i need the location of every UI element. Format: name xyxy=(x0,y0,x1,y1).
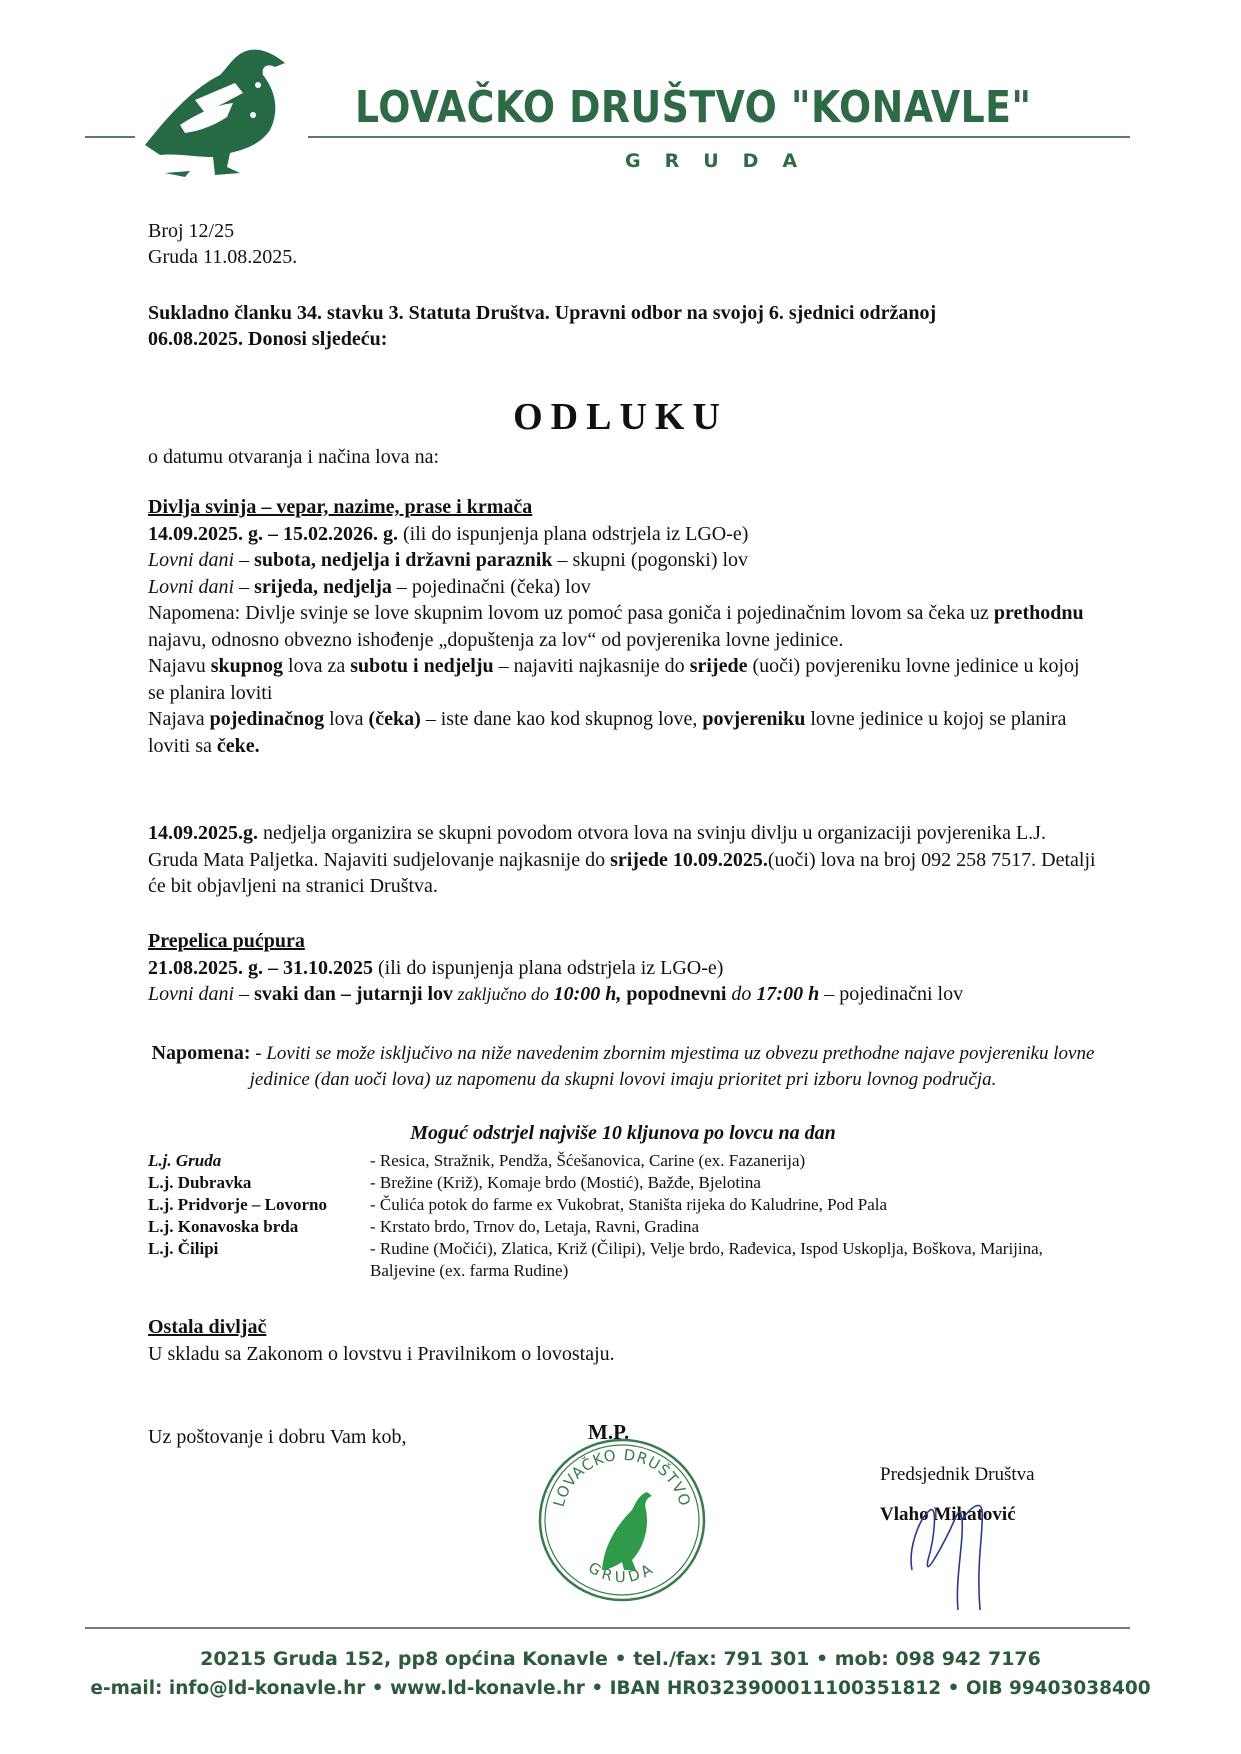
footer-rule xyxy=(85,1627,1130,1629)
hunting-unit-places: - Krstato brdo, Trnov do, Letaja, Ravni,… xyxy=(370,1216,1090,1238)
hunting-unit-name: L.j. Gruda xyxy=(148,1150,370,1172)
t: lova xyxy=(324,708,368,730)
t: popodnevni xyxy=(621,983,726,1005)
place-date: Gruda 11.08.2025. xyxy=(148,244,297,270)
t: subotu i nedjelju xyxy=(350,655,493,677)
other-game-text: U skladu sa Zakonom o lovstvu i Pravilni… xyxy=(148,1341,1098,1368)
header-rule xyxy=(308,136,1130,138)
official-stamp-icon: LOVAČKO DRUŠTVO GRUDA xyxy=(532,1420,712,1605)
organization-name: LOVAČKO DRUŠTVO "KONAVLE" xyxy=(355,82,1032,133)
boar-dates: 14.09.2025. g. – 15.02.2026. g. (ili do … xyxy=(148,521,1098,548)
quail-limit: Moguć odstrjel najviše 10 kljunova po lo… xyxy=(148,1120,1098,1146)
t: lova za xyxy=(283,655,350,677)
t: Lovni dani xyxy=(148,983,234,1005)
quail-note: Napomena: - Loviti se može isključivo na… xyxy=(148,1040,1098,1093)
t: Najavu xyxy=(148,655,211,677)
boar-dates-range: 14.09.2025. g. – 15.02.2026. g. xyxy=(148,523,398,545)
boar-note: Napomena: Divlje svinje se love skupnim … xyxy=(148,600,1098,653)
organization-place: GRUDA xyxy=(625,150,821,172)
svg-text:LOVAČKO DRUŠTVO: LOVAČKO DRUŠTVO xyxy=(550,1446,695,1509)
hunting-unit-places: - Brežine (Križ), Komaje brdo (Mostić), … xyxy=(370,1172,1090,1194)
seal-label: M.P. xyxy=(588,1420,629,1445)
t: – iste dane kao kod skupnog love, xyxy=(421,708,703,730)
t: – pojedinačni lov xyxy=(819,983,963,1005)
days: srijeda, nedjelja xyxy=(254,576,392,598)
hunting-unit-places: - Čulića potok do farme ex Vukobrat, Sta… xyxy=(370,1194,1090,1216)
header-rule-left xyxy=(85,136,135,138)
t: Najava xyxy=(148,708,210,730)
hunting-unit-name: L.j. Pridvorje – Lovorno xyxy=(148,1194,370,1216)
hunting-unit-name: L.j. Čilipi xyxy=(148,1238,370,1282)
t: do xyxy=(726,983,756,1005)
t: 17:00 h xyxy=(756,983,819,1005)
quail-days: Lovni dani – svaki dan – jutarnji lov za… xyxy=(148,981,1098,1008)
boar-heading: Divlja svinja – vepar, nazime, prase i k… xyxy=(148,494,1098,521)
t: srijede xyxy=(690,655,748,677)
boar-days-group: Lovni dani – subota, nedjelja i državni … xyxy=(148,547,1098,574)
type: – skupni (pogonski) lov xyxy=(552,549,748,571)
t: srijede xyxy=(610,849,668,871)
t: - xyxy=(250,1043,266,1064)
t: zaključno do xyxy=(453,984,554,1004)
t: svaki dan – jutarnji lov xyxy=(254,983,453,1005)
boar-days-single: Lovni dani – srijeda, nedjelja – pojedin… xyxy=(148,574,1098,601)
quail-heading: Prepelica pućpura xyxy=(148,928,1098,955)
quail-section: Prepelica pućpura 21.08.2025. g. – 31.10… xyxy=(148,928,1098,1008)
other-game-section: Ostala divljač U skladu sa Zakonom o lov… xyxy=(148,1314,1098,1367)
t: (čeka) xyxy=(369,708,421,730)
hunting-unit-name: L.j. Dubravka xyxy=(148,1172,370,1194)
footer-address: 20215 Gruda 152, pp8 općina Konavle • te… xyxy=(0,1648,1241,1670)
preamble-line-2: 06.08.2025. Donosi sljedeću: xyxy=(148,326,387,352)
signature-icon xyxy=(900,1500,1010,1615)
t: Loviti se može isključivo na niže navede… xyxy=(250,1043,1095,1090)
svg-text:GRUDA: GRUDA xyxy=(585,1558,659,1586)
t: (ili do ispunjenja plana odstrjela iz LG… xyxy=(373,957,723,979)
boar-section: Divlja svinja – vepar, nazime, prase i k… xyxy=(148,494,1098,759)
t: prethodnu xyxy=(994,602,1084,624)
t: 14.09.2025.g. xyxy=(148,822,258,844)
hunting-unit-places: - Resica, Stražnik, Pendža, Šćešanovica,… xyxy=(370,1150,1090,1172)
label: Lovni dani xyxy=(148,549,234,571)
sep: – xyxy=(234,576,254,598)
footer-contacts: e-mail: info@ld-konavle.hr • www.ld-kona… xyxy=(0,1678,1241,1699)
document-number: Broj 12/25 xyxy=(148,218,234,244)
opening-hunt-paragraph: 14.09.2025.g. nedjelja organizira se sku… xyxy=(148,820,1098,900)
boar-announce-single: Najava pojedinačnog lova (čeka) – iste d… xyxy=(148,706,1098,759)
t: 10.09.2025. xyxy=(673,849,768,871)
t: čeke. xyxy=(217,735,260,757)
t: – xyxy=(234,983,254,1005)
closing-greeting: Uz poštovanje i dobru Vam kob, xyxy=(148,1424,407,1450)
partridge-bird-icon xyxy=(135,45,305,180)
signer-title: Predsjednik Društva xyxy=(880,1462,1035,1488)
hunting-unit-row: L.j. Dubravka- Brežine (Križ), Komaje br… xyxy=(148,1172,1090,1194)
t: 21.08.2025. g. – 31.10.2025 xyxy=(148,957,373,979)
hunting-units-table: L.j. Gruda- Resica, Stražnik, Pendža, Šć… xyxy=(148,1150,1090,1282)
label: Lovni dani xyxy=(148,576,234,598)
decision-subtitle: o datumu otvaranja i načina lova na: xyxy=(148,444,439,470)
t: najavu, odnosno obvezno ishođenje „dopuš… xyxy=(148,629,843,651)
other-game-heading: Ostala divljač xyxy=(148,1314,1098,1341)
boar-announce-group: Najavu skupnog lova za subotu i nedjelju… xyxy=(148,653,1098,706)
t: Napomena: Divlje svinje se love skupnim … xyxy=(148,602,994,624)
t: – najaviti najkasnije do xyxy=(494,655,690,677)
t: Napomena: xyxy=(152,1042,251,1064)
t: povjereniku xyxy=(702,708,805,730)
quail-dates: 21.08.2025. g. – 31.10.2025 (ili do ispu… xyxy=(148,955,1098,982)
hunting-unit-row: L.j. Čilipi- Rudine (Močići), Zlatica, K… xyxy=(148,1238,1090,1282)
t: pojedinačnog xyxy=(210,708,324,730)
hunting-unit-places: - Rudine (Močići), Zlatica, Križ (Čilipi… xyxy=(370,1238,1090,1282)
hunting-unit-row: L.j. Konavoska brda- Krstato brdo, Trnov… xyxy=(148,1216,1090,1238)
days: subota, nedjelja i državni paraznik xyxy=(254,549,552,571)
hunting-unit-name: L.j. Konavoska brda xyxy=(148,1216,370,1238)
type: – pojedinačni (čeka) lov xyxy=(392,576,591,598)
hunting-unit-row: L.j. Pridvorje – Lovorno- Čulića potok d… xyxy=(148,1194,1090,1216)
t: skupnog xyxy=(211,655,283,677)
hunting-unit-row: L.j. Gruda- Resica, Stražnik, Pendža, Šć… xyxy=(148,1150,1090,1172)
t: 10:00 h, xyxy=(554,983,622,1005)
preamble-line-1: Sukladno članku 34. stavku 3. Statuta Dr… xyxy=(148,300,936,326)
decision-title: ODLUKU xyxy=(0,395,1241,439)
boar-dates-note: (ili do ispunjenja plana odstrjela iz LG… xyxy=(398,523,748,545)
letterhead: LOVAČKO DRUŠTVO "KONAVLE" GRUDA xyxy=(0,0,1241,190)
sep: – xyxy=(234,549,254,571)
